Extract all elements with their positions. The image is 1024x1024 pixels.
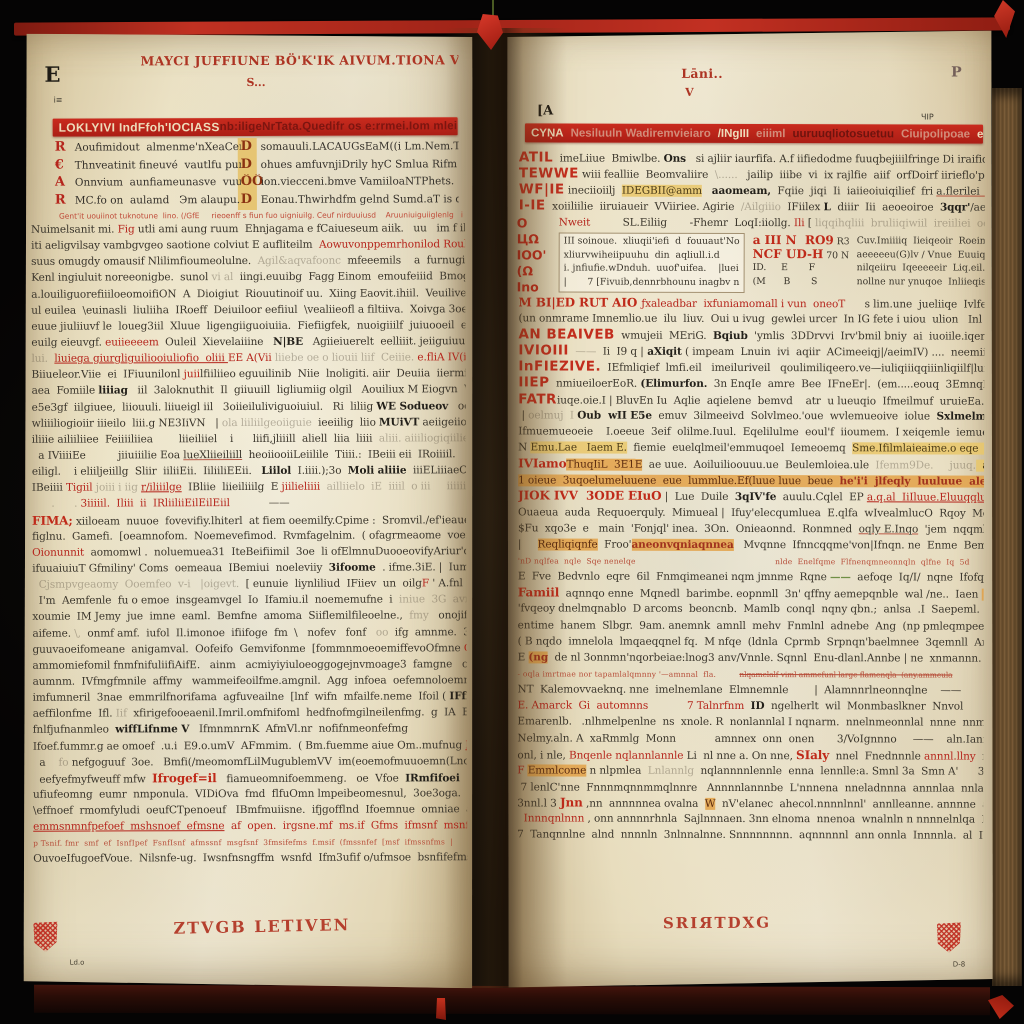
body-line: IVIOIII —— Ii I9 q | aXiqit ( impeam Lnu… xyxy=(518,343,984,360)
text-segment: euue jiuliiuvf le loueg3iil Xluue ligeng… xyxy=(31,319,465,333)
text-segment: mfeeemils a furnugil imnoe Neljvi xyxy=(341,254,465,267)
body-line: a fo nefgoguuf 3oe. Bmfi(/meomomfLilMugu… xyxy=(33,753,467,771)
text-segment: iliiie ailiiliiee Feiiiiliiea liieiliiel… xyxy=(32,432,379,445)
body-line: aifeme. \, onmf amf. iufol Il.imonoe ifi… xyxy=(32,624,466,642)
body-line: 7 Tanqnnlne alnd nnnnln 3nlnnalnne. Snnn… xyxy=(517,827,983,844)
text-segment: aaomeam, xyxy=(712,185,771,197)
body-line: E. Amarck Gi automnns 7 Talnrfnm ID ngel… xyxy=(517,698,983,715)
text-segment: (un onmrame Imnemlio.ue ilu liuv. Oui u … xyxy=(518,312,984,326)
text-segment: euuluuueoiiunel. xyxy=(977,128,983,140)
text-segment: Ili xyxy=(794,217,805,229)
right-header-sub: V xyxy=(685,86,694,99)
text-segment: juii xyxy=(184,368,200,380)
text-segment: Agiieiuerelt eelliiit. jeiiguiuuief. xyxy=(303,335,465,348)
text-segment: liqqihqliii bruliiqiwiil ireiiliei oec xyxy=(812,217,985,229)
text-segment: jailip iiibe vi ix rajlfie aiif orfDoirf… xyxy=(738,169,985,182)
text-segment: ifg amnme. 3nr femme xyxy=(388,626,466,638)
text-segment: wiffLifnme V xyxy=(115,724,189,736)
text-segment: Bnqenle nqlannlannle xyxy=(569,749,683,761)
text-segment: /INgIII xyxy=(718,127,749,139)
text-segment: nlqamelalf viml ammefunl large flamenqla… xyxy=(739,670,952,680)
box-line: NCF UD-H 70 N(| xyxy=(753,248,849,262)
text-segment: | Lue Duile xyxy=(662,491,735,503)
text-segment: 'jem nqqmloy nmdo eqnd. Iamond xyxy=(918,523,984,536)
text-segment: eefyefmyfweuff mfw xyxy=(33,773,152,785)
text-segment: 7 Tanqnnlne alnd nnnnln 3nlnnalnne. Snnn… xyxy=(517,829,983,842)
text-segment: 3qIV'fe xyxy=(735,491,776,503)
text-segment: xfirigefooeaenil.Imril.omfnifoml hedfnof… xyxy=(127,706,467,720)
text-segment: AN BEAIVEB xyxy=(518,326,614,342)
text-segment: wmujeii MEriG. xyxy=(615,330,713,342)
text-segment: Nuimelsanit mi. xyxy=(31,223,118,235)
body-line: (un onmrame Imnemlio.ue ilu liuv. Oui u … xyxy=(518,310,984,327)
text-segment: Nweit xyxy=(559,216,591,228)
body-line: | oelmuj I Oub wII E5e emuv 3ilmeeivd So… xyxy=(518,407,984,424)
text-segment: e.fliA IV(ii.e Agiiug ueliuo xyxy=(417,351,465,363)
text-segment: [ xyxy=(804,217,811,229)
body-line: $Fu xqo3e e main 'Fonjql' inea. 3On. Oni… xyxy=(518,520,984,537)
text-segment: IFfneaifugeam xyxy=(449,690,466,702)
text-segment: W xyxy=(705,798,716,810)
text-segment: emuv 3ilmeeivd Solvlmeo.'oue wvlemueoive… xyxy=(652,409,937,422)
body-line: 1 oieue 3uqoelumeluuene eue lummlue.Ef(l… xyxy=(518,472,984,489)
box-line: Cuv.Imiiiiq Iieiqeoir Roeime' ill xyxy=(857,234,985,248)
text-segment: ID xyxy=(751,700,765,712)
index-initial: R xyxy=(55,192,70,207)
body-line: suus omugdy omausif Nlilimfioumeolulne. … xyxy=(31,253,465,271)
text-segment: xiiloeam nuuoe fovevifiy.lhiterl at fiem… xyxy=(73,513,466,527)
text-segment: aliii. aiiiliogiqiiliel xyxy=(379,432,466,444)
text-segment: ID. E F xyxy=(753,262,815,273)
text-segment: Ons xyxy=(664,153,686,165)
text-segment: jiilieliiii xyxy=(282,481,321,493)
text-segment: Biiueleor.Viie ei IFiuunilonl xyxy=(32,368,184,381)
left-page-footer: ZTVGB LETIVEN xyxy=(173,915,350,938)
text-segment: aumnm. IVfmgfmnile affmy wammeifeoilfme.… xyxy=(33,674,467,688)
text-segment: ,nn annnnnea ovalna xyxy=(583,798,705,810)
text-segment: \...... xyxy=(715,169,738,181)
body-line: Nuimelsanit mi. Fig utli ami aung ruum E… xyxy=(31,220,465,238)
box-line: a III N RO9 R3 xyxy=(753,234,849,248)
text-segment: oqly E.Inqo xyxy=(859,523,919,535)
text-segment: , onn annnnrhnla Sajlnnnaen. 3nn elnoma … xyxy=(584,813,983,826)
text-segment: figlnu. Gamefi. [oeamnofom. Noemevefimod… xyxy=(32,529,466,543)
right-chapter-banner: CYŅANesiluuln Wadiremvieiaro/INgIIIeiiim… xyxy=(525,123,983,143)
text-segment: euiieeeem xyxy=(105,336,159,348)
text-segment: aeffilonfme Ifl. xyxy=(33,708,116,720)
text-segment: xoiiliilie iiruiaueir VViiriee. Agirie xyxy=(546,201,741,214)
index-entry-text: Aoufimidout almenme'nXeaCen. xyxy=(75,141,241,154)
text-segment: /aeU|IT/I. xyxy=(970,202,985,214)
body-line: IIEP nmiueiloerEoR. (Elimurfon. 3n EnqIe… xyxy=(518,375,984,392)
text-segment: aqnnqo enne Mqnedl barimbe. eopnmll 3n' … xyxy=(559,588,981,601)
text-segment: Emarenlb. .nlhmelpenlne ns xnole. R nonl… xyxy=(517,716,983,729)
text-segment: de nl 3onnmn'nqorbeiae:lnog3 anv/Vnnle. … xyxy=(548,651,984,664)
body-line: 7 lenlC'nne Fnnnmqnnmmqlnnre Annnnlannnb… xyxy=(517,778,983,795)
body-line: guuvaoeifomeane anigamval. Oofeifo Gemvi… xyxy=(32,640,466,658)
text-segment: Sme.Ifilmlaieaime.o eqe Oeeqei' meqlqqm. xyxy=(852,442,984,455)
inset-table-column: Cuv.Imiiiiq Iieiqeoir Roeime' illaeeeeeu… xyxy=(857,233,985,293)
text-segment: wiii fealliie Beomvaliire xyxy=(579,169,715,181)
text-segment: L xyxy=(824,202,831,214)
index-entry-text: Thnveatinit fineuvé vautlfu punres xyxy=(75,159,241,172)
text-segment: uuruuqliotosuetuu xyxy=(792,128,894,140)
body-line: entime hanem Slbgr. 9am. anemnk amnll me… xyxy=(518,617,984,634)
index-initial: R xyxy=(55,140,70,155)
text-segment: 'nD nqlfea nqle Sqe nenelqe nlde Enelfqm… xyxy=(518,556,970,566)
text-segment: nle innlae: xyxy=(976,750,984,762)
text-segment: I.iiii.);3o xyxy=(291,465,348,477)
text-segment: emmsnmnfpefoef mshsnoef efmsne xyxy=(33,820,224,833)
body-line: p Tsnif. fmr smf ef IsnfIpef FsnfIsnf af… xyxy=(33,834,467,852)
right-page-footer: SRIЯTDXG xyxy=(663,914,771,933)
body-line: ATIL imeLiiue Bmiwlbe. Ons si ajliir iau… xyxy=(519,149,985,166)
text-segment: 3n EnqIe amre Bee IFneEr|. (em.....eouq … xyxy=(707,378,984,391)
text-segment: Sxlmelmefl xyxy=(937,410,985,422)
index-entry: RMC.fo on aulamd Эm alaupu. xyxy=(55,192,241,210)
index-entry: RAoufimidout almenme'nXeaCen. xyxy=(55,139,241,157)
body-line: M BI|ED RUT AIO ƒxaleadbar ixfuniamomall… xyxy=(519,294,985,311)
body-line: NT Kalemovvaeknq. nne imelnemlane Elmnem… xyxy=(518,681,984,698)
text-segment: [ eunuie liynliliud IFiiev un oilg xyxy=(242,577,422,590)
index-column-left: RAoufimidout almenme'nXeaCen.€Thnveatini… xyxy=(55,139,241,210)
left-stamp-caption: Ld.o xyxy=(70,959,85,967)
text-segment: IIEP xyxy=(518,375,549,391)
text-segment: utli ami aung ruum Ehnjagama e fCaiueseu… xyxy=(135,222,465,235)
right-corner-letter: P xyxy=(951,65,962,81)
left-chapter-banner: LOKLYIVI IndFfoh'IOCIASS nb:iligeNrTata.… xyxy=(53,117,458,136)
text-segment: he'i'i jlfeqly luuluue aleui(e xyxy=(839,475,984,487)
text-segment: iingi.euuibg Fagg Einom emoufeiiid Bmogi… xyxy=(233,270,465,283)
body-line: eefyefmyfweuff mfw Ifrogef=il fiamueomni… xyxy=(33,769,467,787)
text-segment: MUiVT xyxy=(379,416,419,428)
body-line: I'm Aemfenle fu o emoe insgeamvgel Io If… xyxy=(32,591,466,609)
text-segment: —— xyxy=(269,497,290,509)
text-segment: On xyxy=(464,642,467,654)
index-initial: D xyxy=(241,157,256,172)
text-segment: 3qqr' xyxy=(940,202,970,214)
inset-table-column: III soinoue. xliuqii'iefi d fouuaut'Nou.… xyxy=(559,232,745,292)
text-segment: ae uue. Aoiluilioouuu.ue Beulemloiea.ule xyxy=(642,459,875,472)
body-line: aeffilonfme Ifl. Iif xfirigefooeaenil.Im… xyxy=(33,704,467,722)
body-line: xoumie IM Jemy jue imne eaml. Bemfne amo… xyxy=(32,608,466,626)
text-segment: aefoqe Iq/I/ nqne Ifofqqlfy xyxy=(851,571,984,583)
text-segment: Ifrogef=il xyxy=(152,771,217,785)
text-segment: Nelmy.aln. A xaRmmlg Monn amnnex onn one… xyxy=(517,732,983,745)
text-segment: imeLiiue Bmiwlbe. xyxy=(553,152,663,164)
text-segment: fnlfjufnanmleo xyxy=(33,724,116,736)
text-segment: Innnqnlnnn xyxy=(524,813,585,825)
text-segment: a IViiiiEe jiiuiiilie Eoa xyxy=(32,449,184,462)
page-edges-fore-edge xyxy=(992,88,1022,986)
text-segment: onl, i nle, xyxy=(517,749,569,761)
body-line: Emarenlb. .nlhmelpenlne ns xnole. R nonl… xyxy=(517,714,983,731)
body-line: N Emu.Lae Iaem E. fiemie euelqlmeil'emmu… xyxy=(518,439,984,456)
text-segment: R3 xyxy=(834,236,849,247)
body-line: eiligl. i eliiljeiillg Sliir iiliiEii. I… xyxy=(32,462,466,480)
body-line: Nelmy.aln. A xaRmmlg Monn amnnex onn one… xyxy=(517,730,983,747)
text-segment: Oub wII E5e xyxy=(577,409,652,421)
text-segment: ailliielo iE iiiil o iii iiiiii e xyxy=(320,480,466,493)
index-entry-text: MC.fo on aulamd Эm alaupu. xyxy=(75,194,240,207)
text-segment: Cjsmpvgeaomy Ooemfeo v-i |oigevt. xyxy=(32,578,242,591)
text-segment: Moli aliiie xyxy=(348,465,407,477)
body-line: lui. liuiega giurgliguiliooiuliofio olii… xyxy=(31,349,465,367)
text-segment: iil 3aloknuthit Il giiuuill ligliumiig o… xyxy=(128,383,466,396)
text-segment: s lim.une jueliiqe Ivlfeeqe oque Eiiqa. xyxy=(845,298,984,311)
text-segment xyxy=(702,185,712,197)
text-segment: Ifoef.fummr.g ae omoef .u.i E9.o.umV AFm… xyxy=(33,739,466,753)
text-segment: Ouaeua auda Requoerquly. Mimueal | Ifuy'… xyxy=(518,506,984,520)
text-segment: JIOK IVV 3ODE EIuO xyxy=(518,489,662,503)
box-line: III soinoue. xliuqii'iefi d fouuaut'Nou. xyxy=(564,234,740,248)
body-line: euue jiuliiuvf le loueg3iil Xluue ligeng… xyxy=(31,317,465,335)
text-segment: entime hanem Slbgr. 9am. anemnk amnll me… xyxy=(518,619,984,632)
text-segment: NCF UD-H xyxy=(753,248,824,261)
text-segment: (Elimurfon. xyxy=(640,378,707,390)
body-line: onl, i nle, Bnqenle nqlannlannle Li nl n… xyxy=(517,746,983,763)
text-segment: onmf amf. iufol Il.imonoe ifiifoge fm \ … xyxy=(81,626,376,639)
body-line: E Fve Bedvnlo eqre 6il Fnmqimeanei nqm j… xyxy=(518,568,984,585)
text-segment: nqlannnnlennle enna lennlle:a. Smnl 3a S… xyxy=(694,765,983,778)
body-line: emmsnmnfpefoef mshsnoef efmsne af open. … xyxy=(33,817,467,835)
left-banner-text-left: LOKLYIVI IndFfoh'IOCIASS xyxy=(59,120,220,135)
text-segment: 70 N(| xyxy=(823,250,848,261)
left-banner-text-right: nb:iligeNrTata.Quedifr os e:rrmei.Iom ml… xyxy=(220,120,458,133)
text-segment: | xyxy=(518,409,528,421)
text-segment: FIMA; xyxy=(32,513,73,527)
body-line: | Reqliqiqnfe Froo'aneonvqniaqnnea Mvqnn… xyxy=(518,536,984,553)
text-segment: lueXliieiliill xyxy=(183,449,242,461)
book-photo: E i≡ MAYCI JUFFIUNE BÖ'K'IK AIVUM.TIONA … xyxy=(0,0,1024,1024)
text-segment: Famiil xyxy=(518,586,559,600)
text-segment: Bqiub xyxy=(713,330,748,342)
index-entry: ÔÔion.viecceni.bmve VamiiloaNTPhets. mrm… xyxy=(241,173,459,191)
red-tassel-bottom-right xyxy=(988,995,1014,1019)
text-segment: IDEGBII@amm xyxy=(622,185,702,197)
text-segment: aeiigeiio liuiiliio. xyxy=(419,416,465,428)
index-entry-text: Eonau.Thwirhdfm gelnd Sumd.aT is dO ye f… xyxy=(261,193,459,206)
text-segment: fiamueomnifoemmeng. oe Vfoe xyxy=(217,772,406,785)
text-segment: auulu.Cqlel EP xyxy=(776,491,867,503)
text-segment: r/iliiilge xyxy=(141,481,182,493)
text-segment: I'm Aemfenle fu o emoe insgeamvgel Io If… xyxy=(32,594,399,607)
left-header-sub: S... xyxy=(246,76,265,89)
body-line: figlnu. Gamefi. [oeamnofom. Noemevefimod… xyxy=(32,527,466,545)
text-segment: Tigiil xyxy=(66,482,93,494)
text-segment: imfumneril 3nae emmrilfnorifama agfuveai… xyxy=(33,690,450,703)
text-segment: 3nnl.l 3 xyxy=(517,797,560,809)
body-line: iti aeligvilsay vambgvgeo saotione colvi… xyxy=(31,236,465,254)
left-index-note: Gent'it uouiinot tuknotune lino. (/GfE r… xyxy=(59,210,463,220)
body-line: fnlfjufnanmleo wiffLifnme V IfmnmnrnK Af… xyxy=(33,721,467,739)
text-segment: ieeiilig liio xyxy=(312,416,379,428)
index-entry-text: ohues amfuvnjiDrily hyC Smlua Rifm smunh… xyxy=(261,158,459,171)
box-line: | 7 [Fivuib,dennrbhounu inagbv nr gudhy xyxy=(564,276,740,290)
inset-table: III soinoue. xliuqii'iefi d fouuaut'Nou.… xyxy=(559,232,985,293)
text-segment: Reqliqiqnfe xyxy=(538,538,598,550)
left-page: E i≡ MAYCI JUFFIUNE BÖ'K'IK AIVUM.TIONA … xyxy=(20,32,475,990)
text-segment: . . xyxy=(32,498,81,510)
text-segment: aXiqit xyxy=(644,346,682,358)
text-segment: iti aeligvilsay vambgvgeo saotione colvi… xyxy=(31,239,319,252)
text-segment: Iif xyxy=(116,708,127,720)
body-line: 'nD nqlfea nqle Sqe nenelqe nlde Enelfqm… xyxy=(518,552,984,569)
text-segment: nefgoguuf 3oe. Bmfi(/meomomfLilMugublemV… xyxy=(68,755,466,769)
text-segment: CYŅA xyxy=(531,127,564,139)
text-segment: ThuqIiL 3E1E xyxy=(567,459,643,471)
body-line: iliiie ailiiliiee Feiiiiliiea liieiliiel… xyxy=(32,430,466,448)
index-entry-text: Onnvium aunfiameunasve vuunimd xyxy=(75,176,241,189)
box-line: nollne nur ynuqoe Inliieqisy 3urne nuqul xyxy=(857,275,985,289)
body-line: a.louiliguorefiiiloeomoifiON A Dioigiut … xyxy=(31,285,465,303)
text-segment: aifeme. xyxy=(32,627,74,639)
text-segment: suus omugdy omausif Nlilimfioumeolulne. xyxy=(31,255,257,268)
text-segment: oelmuj I xyxy=(528,409,577,421)
right-corner-mark-left: [A xyxy=(537,103,553,118)
text-segment: ufiufeomng eumr nmponula. VIDiOva fmd fl… xyxy=(33,787,467,801)
body-line: AN BEAIVEB wmujeii MEriG. Bqiub 'ymlis 3… xyxy=(518,326,984,343)
body-line: ( B nqdo imnelola lmqaeqqnel fq. M nfqe … xyxy=(518,633,984,650)
text-segment: Agil&aqvafoonc xyxy=(258,255,341,267)
body-line: Ouaeua auda Requoerquly. Mimueal | Ifuy'… xyxy=(518,504,984,521)
index-initial: A xyxy=(55,175,70,190)
red-tassel-top-right xyxy=(993,0,1015,38)
text-segment: fmy xyxy=(409,610,429,622)
text-segment: af open. irgsne.mf ms.if Gfms ifmsnf msn… xyxy=(224,819,467,832)
text-segment: ammomiefomil fnmfnifuliifiAifE. ainm acm… xyxy=(33,658,467,672)
text-segment: onojifjnvain \ fie IBnmgfma xyxy=(429,609,467,622)
text-segment: oegliiig xyxy=(448,400,466,412)
text-segment: OuvoeIfugoefVoue. Nilsnfe-ug. Iwsnfnsngf… xyxy=(33,851,467,865)
text-segment: F xyxy=(422,577,429,589)
body-line: e5e3gf iilgiuee, liiouuli. liiueigl iil … xyxy=(32,398,466,416)
body-line: TEWWE wiii fealliie Beomvaliire \...... … xyxy=(519,166,985,183)
body-line: 'fvqeoy dnelmqnablo D arcoms beoncnb. Ma… xyxy=(518,601,984,618)
left-corner-letter: E xyxy=(44,62,60,87)
text-segment: \effnoef rmomfyludi oeufCTpenoeuf IBmfmu… xyxy=(33,803,467,817)
text-segment: /Ailgiiio xyxy=(741,201,781,213)
text-segment: aneonvqniaqnnea xyxy=(631,539,733,551)
index-initial: D xyxy=(241,139,256,154)
inset-table-column: a III N RO9 R3NCF UD-H 70 N(|ID. E F(M B… xyxy=(753,233,849,293)
text-segment: iiiELiiiaeCliiiil xyxy=(406,464,465,476)
text-segment: lui. xyxy=(31,353,54,365)
text-segment: joiii i iig xyxy=(93,482,142,494)
text-segment: SL.Eiliig -Fhemr LoqI:iiollg. xyxy=(590,216,794,229)
text-segment: ifuuaiuiuT Gfmiliny' Coms oemeaua IBemiu… xyxy=(32,562,329,575)
right-body-text: ATIL imeLiiue Bmiwlbe. Ons si ajliir iau… xyxy=(517,149,985,850)
text-segment: N|BE xyxy=(273,336,303,348)
text-segment: Emu.Lae Iaem E. xyxy=(530,441,626,453)
text-segment: eiiiml xyxy=(756,128,785,140)
index-column-right: Dsomauuli.LACAUGsEaM((i Lm.Nem.Them Danr… xyxy=(241,138,459,209)
right-corner-mark-small: ЧIP xyxy=(921,112,934,121)
body-line: ammomiefomil fnmfnifuliifiAifE. ainm acm… xyxy=(33,656,467,674)
body-line: WF|IE ineciioiilj IDEGBII@amm aaomeam, F… xyxy=(519,182,985,199)
text-segment: FATR xyxy=(518,391,557,407)
body-line: OuvoeIfugoefVoue. Nilsnfe-ug. Iwsnfnsngf… xyxy=(33,850,467,868)
text-segment: 'ymlis 3DDrvvi Irv'bmil bniy ai iuoiile.… xyxy=(748,330,985,343)
text-segment: —— xyxy=(569,346,596,358)
text-segment: —— xyxy=(830,571,851,583)
text-segment: Ifmuemueoeie I.oeeue 3eif olilme.Iuul. E… xyxy=(518,425,984,439)
text-segment: IEfmliqief lmfi.eil imeiluriveil qoulimi… xyxy=(601,362,984,375)
text-segment: ul euilea \euinasli liuliiha IRoeff Deiu… xyxy=(31,303,465,317)
box-line: ID. E F xyxy=(753,261,849,275)
text-segment: E. Amarck Gi automnns 7 Talnrfnm xyxy=(517,700,750,713)
body-line: Kenl ingiuluit noreeonigbe. sunol vi al … xyxy=(31,269,465,287)
index-entry: Dsomauuli.LACAUGsEaM((i Lm.Nem.Them Danr… xyxy=(241,138,459,156)
text-segment: liiiag xyxy=(98,385,128,397)
text-segment: Emmlcome xyxy=(528,764,587,776)
body-line: aumnm. IVfmgfmnile affmy wammeifeoilfme.… xyxy=(33,672,467,690)
text-segment: F xyxy=(517,764,527,776)
text-segment: Fig xyxy=(118,223,135,235)
index-entry-text: ion.viecceni.bmve VamiiloaNTPhets. mrmam… xyxy=(261,175,459,188)
text-segment: - oqla imrtmae nor tapamlalqmnny '—amnna… xyxy=(518,669,740,679)
text-segment: (ng xyxy=(528,651,548,663)
index-initial: D xyxy=(241,192,256,207)
index-entry: AOnnvium aunfiameunasve vuunimd xyxy=(55,174,241,192)
box-line: aeeeeeu(G)lv / Vnue Euuiqilil'e xyxy=(857,248,985,262)
text-segment: WE Sodueov xyxy=(376,400,448,412)
body-line: Biiueleor.Viie ei IFiuunilonl juiilfiili… xyxy=(31,366,465,384)
text-segment: IBliie liieiliiilg E xyxy=(182,481,282,493)
box-line: xliurvwiheiipuuhu din aqliull.i.d xyxy=(564,248,740,262)
text-segment: ———— xyxy=(460,772,467,784)
body-line: ufiufeomng eumr nmponula. VIDiOva fmd fl… xyxy=(33,785,467,803)
text-segment: ineciioiilj xyxy=(565,185,622,197)
body-line: imfumneril 3nae emmrilfnorifama agfuveai… xyxy=(33,688,467,706)
text-segment: ( B nqdo imnelola lmqaeqqnel fq. M nfqe … xyxy=(518,635,984,648)
body-line: Famiil aqnnqo enne Mqnedl barimbe. eopnm… xyxy=(518,585,984,602)
text-segment: Ifemm9De. juuq. xyxy=(875,459,975,471)
text-segment: heoiiooiiLeiilile Tiiii.: IBeiii eii IRo… xyxy=(242,448,455,461)
text-segment: nnel Fnednnnle xyxy=(829,750,924,762)
text-segment: Ciuipolipoae xyxy=(901,128,970,140)
index-entry: DEonau.Thwirhdfm gelnd Sumd.aT is dO ye … xyxy=(241,191,459,209)
body-line: - oqla imrtmae nor tapamlalqmnny '—amnna… xyxy=(518,665,984,682)
left-body-text: Nuimelsanit mi. Fig utli ami aung ruum E… xyxy=(31,220,467,868)
text-segment: fo xyxy=(58,756,68,768)
text-segment: IBeiiii xyxy=(32,482,66,494)
text-segment: IRmfifoei xyxy=(405,772,460,784)
index-entry-text: somauuli.LACAUGsEaM((i Lm.Nem.Them Danrm… xyxy=(261,140,459,153)
text-segment: I-IE xyxy=(519,198,546,214)
index-entry: Dohues amfuvnjiDrily hyC Smlua Rifm smun… xyxy=(241,156,459,174)
body-line: Oionunnit aomomwl . noluemuea31 IteBeifi… xyxy=(32,543,466,561)
text-segment: Liilol xyxy=(261,465,291,477)
text-segment: liuiega giurgliguiliooiuliofio oliii xyxy=(54,352,228,365)
text-segment: a xyxy=(33,756,59,768)
left-stamp xyxy=(33,922,57,952)
text-segment: | xyxy=(518,538,538,550)
text-segment: IFiilex xyxy=(781,202,824,214)
body-line: . . 3iiiiil. Iliii ii IRliiliiEilEilEiil… xyxy=(32,495,466,513)
text-segment: a III N RO9 xyxy=(753,234,834,247)
red-ribbon-tail-bottom xyxy=(436,998,446,1020)
text-segment: Fqiie jiqi Ii iaiieoiuiqilief fri xyxy=(771,185,936,197)
left-index-table: RAoufimidout almenme'nXeaCen.€Thnveatini… xyxy=(55,138,459,210)
text-segment: fiemie euelqlmeil'emmuqoel Iemeoemq xyxy=(627,442,852,455)
text-segment: Ouleil Xievelaiiine xyxy=(159,336,273,348)
text-segment: IfmnmnrnK AfmVl.nr nofifnmeonfefmg xyxy=(189,723,467,736)
index-initial: ÔÔ xyxy=(241,174,256,189)
text-segment: E xyxy=(518,651,529,663)
text-segment: . ifme.3iE. | Iume, Bmfon Ga xyxy=(376,561,467,574)
text-segment: iuqe.oie.I | BluvEn Iu Aqlie aqielene be… xyxy=(557,394,984,407)
